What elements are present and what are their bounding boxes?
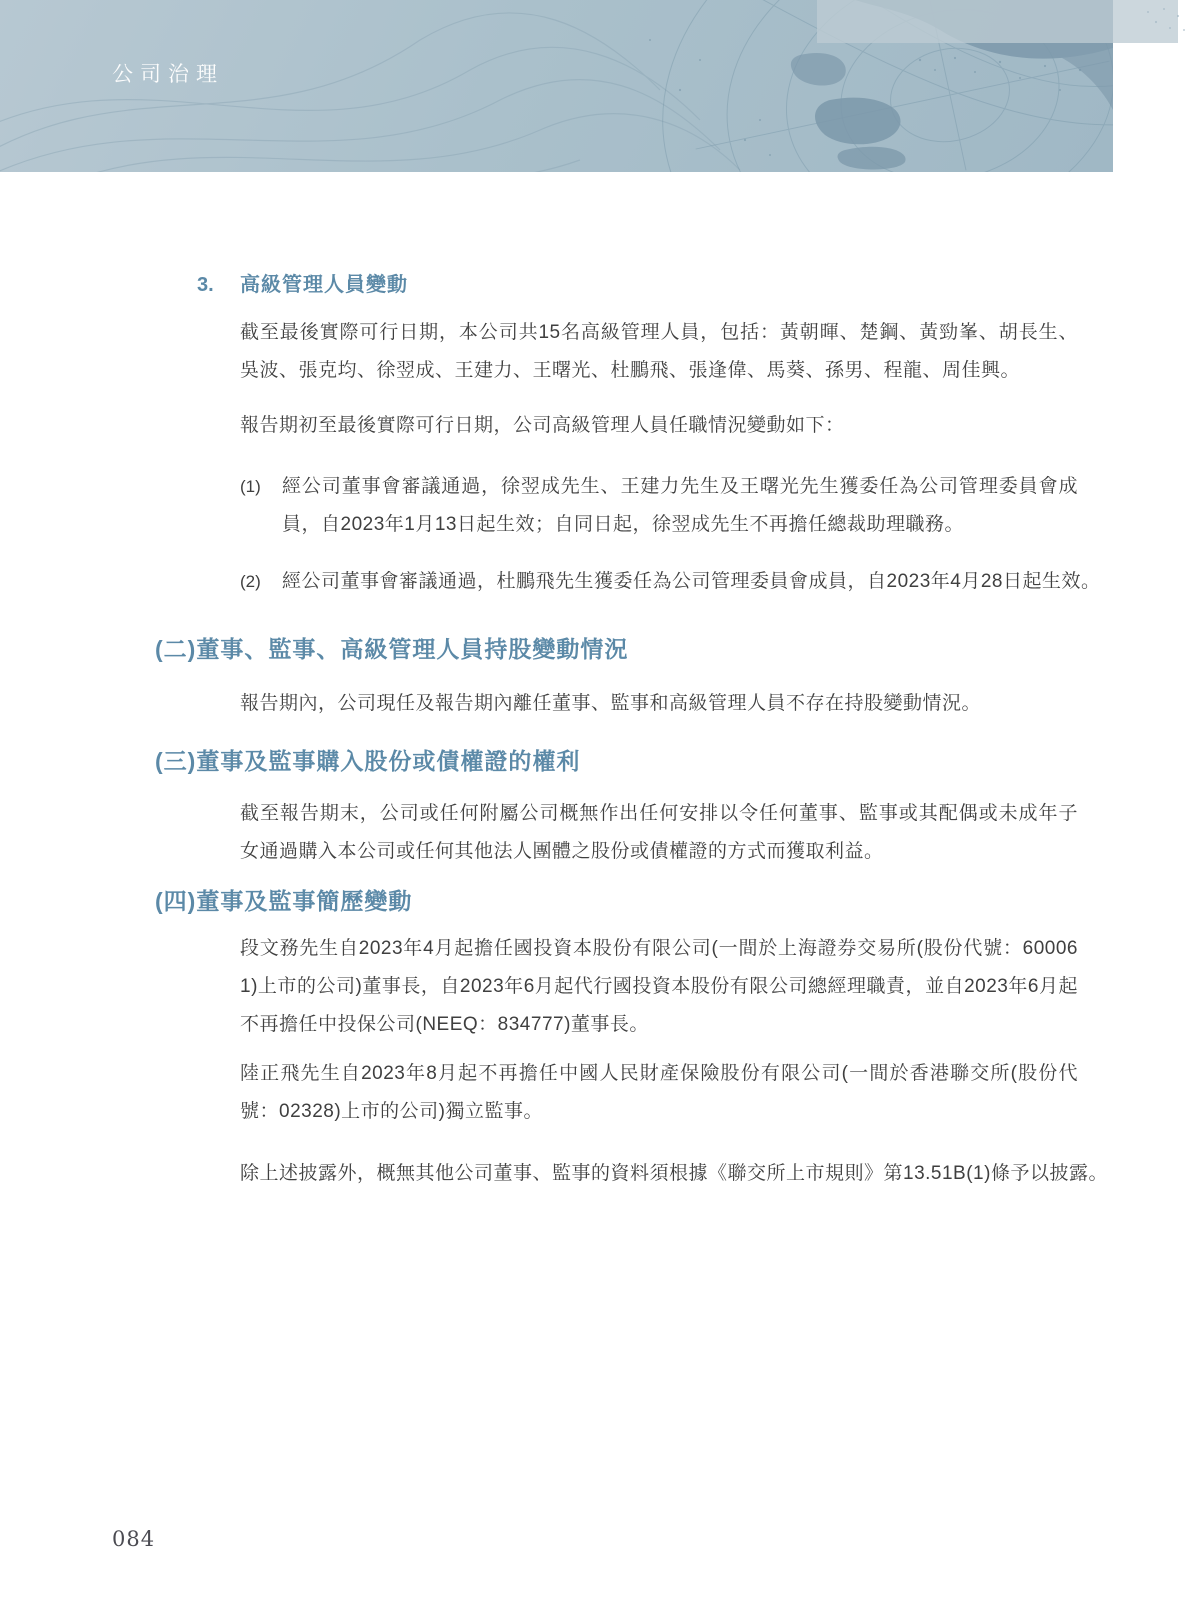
section-3-number: 3. [197,270,214,300]
list-item-1-marker: (1) [240,468,261,506]
section-c-heading: (三)董事及監事購入股份或債權證的權利 [155,745,1078,777]
section-3-title: 高級管理人員變動 [240,274,408,296]
section-3-heading: 3. 高級管理人員變動 [240,270,1078,300]
paragraph-changes-intro: 報告期初至最後實際可行日期，公司高級管理人員任職情況變動如下： [240,407,1078,445]
section-b-heading: (二)董事、監事、高級管理人員持股變動情況 [155,633,1078,665]
section-d-heading: (四)董事及監事簡歷變動 [155,885,1078,917]
list-item-2: (2) 經公司董事會審議通過，杜鵬飛先生獲委任為公司管理委員會成員，自2023年… [240,563,1078,601]
content-area: 3. 高級管理人員變動 截至最後實際可行日期，本公司共15名高級管理人員，包括：… [0,172,1190,1193]
list-item-1: (1) 經公司董事會審議通過，徐翌成先生、王建力先生及王曙光先生獲委任為公司管理… [240,468,1078,544]
section-c-paragraph: 截至報告期末，公司或任何附屬公司概無作出任何安排以令任何董事、監事或其配偶或未成… [240,795,1078,871]
section-b-paragraph: 報告期內，公司現任及報告期內離任董事、監事和高級管理人員不存在持股變動情況。 [240,685,1078,723]
page-title: 公司治理 [112,58,224,88]
section-d-paragraph-2: 陸正飛先生自2023年8月起不再擔任中國人民財產保險股份有限公司(一間於香港聯交… [240,1055,1078,1131]
page-number: 084 [112,1527,155,1551]
list-item-1-text: 經公司董事會審議通過，徐翌成先生、王建力先生及王曙光先生獲委任為公司管理委員會成… [282,468,1078,544]
list-item-2-marker: (2) [240,563,261,601]
header-accent-strip [817,0,1178,43]
paragraph-senior-management-list: 截至最後實際可行日期，本公司共15名高級管理人員，包括：黃朝暉、楚鋼、黃勁峯、胡… [240,314,1078,390]
list-item-2-text: 經公司董事會審議通過，杜鵬飛先生獲委任為公司管理委員會成員，自2023年4月28… [282,563,1078,601]
section-d-paragraph-1: 段文務先生自2023年4月起擔任國投資本股份有限公司(一間於上海證券交易所(股份… [240,930,1078,1044]
section-d-paragraph-3: 除上述披露外，概無其他公司董事、監事的資料須根據《聯交所上市規則》第13.51B… [240,1155,1078,1193]
strip-speckle-texture [1140,0,1190,43]
report-page: 公司治理 3. 高級管理人員變動 截至最後實際可行日期，本公司共15名高級管理人… [0,0,1190,1615]
